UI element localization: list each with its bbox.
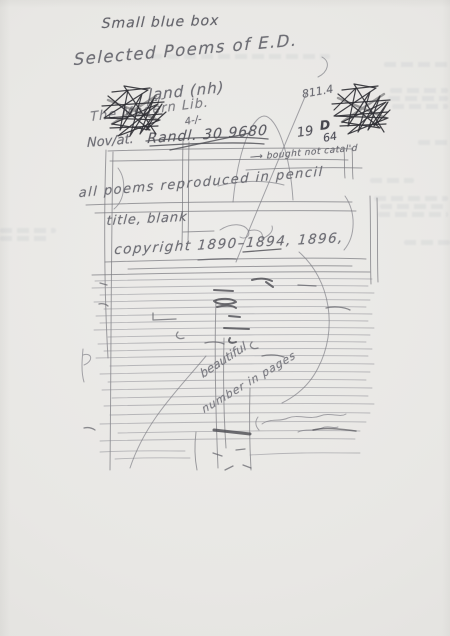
- scribble-overlay: [0, 0, 450, 636]
- scanned-note-page: Small blue box Selected Poems of E.D. la…: [0, 0, 450, 636]
- strike-through-lines: [146, 133, 281, 252]
